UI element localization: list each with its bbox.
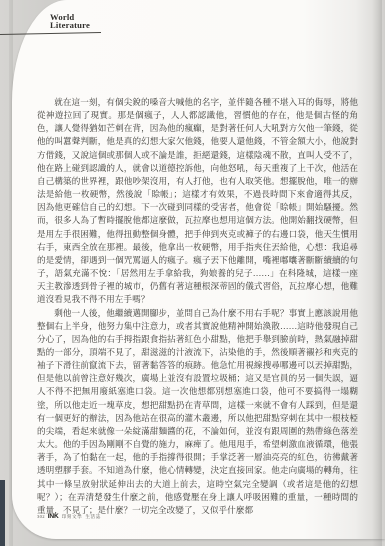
magazine-name: 印刻文學 (62, 514, 83, 520)
paragraph: 就在這一刻，有個尖銳的嗓音大喊他的名字，並伴隨各種不堪入耳的侮辱，將他從神遊拉回… (37, 96, 358, 307)
paragraph: 剩他一人後，他繼續邁開腳步，並問自己為什麼不用右手呢？事實上應該說用他整個右上半… (37, 307, 358, 518)
column-header: World Literature (50, 13, 90, 29)
page-number: 302 (37, 514, 45, 519)
magazine-logo: INK (48, 513, 59, 520)
column-header-line2: Literature (50, 21, 90, 29)
article-body: 就在這一刻，有個尖銳的嗓音大喊他的名字，並伴隨各種不堪入耳的侮辱，將他從神遊拉回… (37, 96, 358, 517)
magazine-suffix: 生活誌 (85, 514, 101, 520)
page-footer: 302 INK 印刻文學 生活誌 (37, 513, 101, 520)
scan-corner-shadow (0, 480, 5, 546)
page-right-gutter-shadow (372, 0, 382, 546)
